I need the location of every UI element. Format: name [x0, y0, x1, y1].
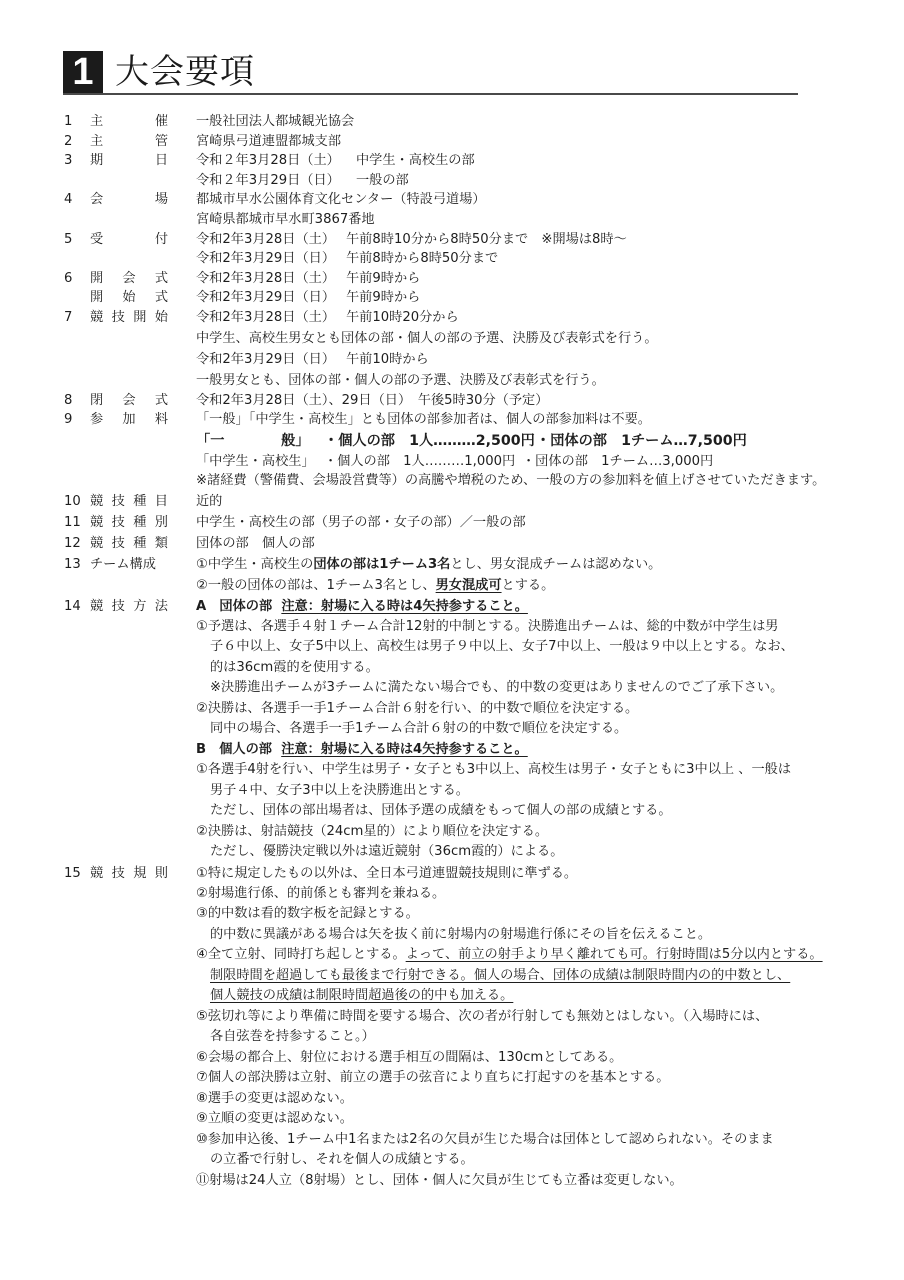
fee-student: 「中学生・高校生」・個人の部 1人………1,000円・団体の部 1チーム…3,0… — [0, 452, 904, 472]
item-value: 令和2年3月28日（土）、29日（日） 午後5時30分（予定） — [196, 391, 904, 411]
fee-note: ※諸経費（警備費、会場設営費等）の高騰や増税のため、一般の方の参加料を値上げさせ… — [0, 471, 904, 491]
item-reception-line2: 令和2年3月29日（日）午前8時から8時50分まで — [0, 249, 904, 269]
item-value: 令和2年3月29日（日）午前8時から8時50分まで — [196, 249, 904, 269]
item-closing-ceremony: 8 閉会式 令和2年3月28日（土）、29日（日） 午後5時30分（予定） — [0, 391, 904, 411]
item-label: 競技規則 — [90, 863, 168, 884]
fee-note-text: ※諸経費（警備費、会場設営費等）の高騰や増税のため、一般の方の参加料を値上げさせ… — [196, 471, 904, 491]
item-number: 12 — [0, 533, 90, 554]
fee-general: 「一 般」・個人の部 1人………2,500円・団体の部 1チーム…7,500円 — [0, 430, 904, 452]
item-value: 中学生・高校生の部（男子の部・女子の部）／一般の部 — [196, 512, 904, 533]
item-reception: 5 受付 令和2年3月28日（土）午前8時10分から8時50分まで ※開場は8時… — [0, 230, 904, 250]
heading-underline — [63, 93, 798, 95]
rule-4-line3: 個人競技の成績は制限時間超過後の的中も加える。 — [0, 986, 904, 1007]
item-venue: 4 会場 都城市早水公園体育文化センター（特設弓道場） — [0, 190, 904, 210]
team-section-heading: A 団体の部 注意：射場に入る時は4矢持参すること。 — [196, 596, 904, 617]
item-management: 2 主管 宮崎県弓道連盟都城支部 — [0, 132, 904, 152]
item-number: 3 — [0, 151, 90, 171]
item-label: 主管 — [90, 132, 168, 152]
rule-1: ①特に規定したもの以外は、全日本弓道連盟競技規則に準ずる。 — [196, 863, 904, 884]
item-label: 閉会式 — [90, 391, 168, 411]
rule-5-line1: ⑤弦切れ等により準備に時間を要する場合、次の者が行射しても無効とはしない。（入場… — [0, 1007, 904, 1028]
item-competition-rules: 15 競技規則 ①特に規定したもの以外は、全日本弓道連盟競技規則に準ずる。 — [0, 863, 904, 884]
fee-general-value: 「一 般」・個人の部 1人………2,500円・団体の部 1チーム…7,500円 — [196, 430, 904, 452]
item-number: 13 — [0, 554, 90, 575]
section-title: 大会要項 — [115, 51, 255, 93]
item-organizer: 1 主催 一般社団法人都城観光協会 — [0, 112, 904, 132]
item-value: 団体の部 個人の部 — [196, 533, 904, 554]
item-competition-start-line4: 一般男女とも、団体の部・個人の部の予選、決勝及び表彰式を行う。 — [0, 370, 904, 391]
method-b2-line1: ②決勝は、射詰競技（24cm星的）により順位を決定する。 — [0, 822, 904, 843]
item-value: 令和２年3月28日（土）中学生・高校生の部 — [196, 151, 904, 171]
item-number: 4 — [0, 190, 90, 210]
item-number: 15 — [0, 863, 90, 884]
item-value: 令和2年3月28日（土）午前10時20分から — [196, 308, 904, 328]
item-dates: 3 期日 令和２年3月28日（土）中学生・高校生の部 — [0, 151, 904, 171]
section-heading: 1 大会要項 — [63, 49, 255, 93]
method-a1-line3: 的は36cm霞的を使用する。 — [0, 658, 904, 679]
item-value: 令和2年3月29日（日）午前9時から — [196, 288, 904, 308]
method-a2-line1: ②決勝は、各選手一手1チーム合計６射を行い、的中数で順位を決定する。 — [0, 699, 904, 720]
item-value: 「一般」「中学生・高校生」とも団体の部参加者は、個人の部参加料は不要。 — [196, 410, 904, 430]
item-value: ②一般の団体の部は、1チーム3名とし、男女混成可とする。 — [196, 575, 904, 596]
item-dates-line2: 令和２年3月29日（日）一般の部 — [0, 171, 904, 191]
item-number: 11 — [0, 512, 90, 533]
method-a1-note: ※決勝進出チームが3チームに満たない場合でも、的中数の変更はありませんのでご了承… — [0, 678, 904, 699]
item-number: 10 — [0, 492, 90, 512]
method-b1-line1: ①各選手4射を行い、中学生は男子・女子とも3中以上、高校生は男子・女子ともに3中… — [0, 760, 904, 781]
item-value: 令和2年3月28日（土）午前8時10分から8時50分まで ※開場は8時～ — [196, 230, 904, 250]
rule-4-line1: ④全て立射、同時打ち起しとする。よって、前立の射手より早く離れても可。行射時間は… — [0, 945, 904, 966]
item-label: 参加料 — [90, 410, 168, 430]
item-label: 開始式 — [90, 288, 168, 308]
rule-4-line2: 制限時間を超過しても最後まで行射できる。個人の場合、団体の成績は制限時間内の的中… — [0, 966, 904, 987]
item-label: 期日 — [90, 151, 168, 171]
item-label: 会場 — [90, 190, 168, 210]
item-value: 近的 — [196, 492, 904, 512]
item-start-ceremony: 開始式 令和2年3月29日（日）午前9時から — [0, 288, 904, 308]
item-team-composition: 13 チーム構成 ①中学生・高校生の団体の部は1チーム3名とし、男女混成チームは… — [0, 554, 904, 575]
item-label: 受付 — [90, 230, 168, 250]
item-number: 6 — [0, 269, 90, 289]
method-a2-line2: 同中の場合、各選手一手1チーム合計６射の的中数で順位を決定する。 — [0, 719, 904, 740]
item-number: 9 — [0, 410, 90, 430]
item-number: 7 — [0, 308, 90, 328]
item-competition-start-line3: 令和2年3月29日（日）午前10時から — [0, 349, 904, 370]
item-opening-ceremony: 6 開会式 令和2年3月28日（土）午前9時から — [0, 269, 904, 289]
item-event: 10 競技種目 近的 — [0, 492, 904, 512]
rule-2: ②射場進行係、的前係とも審判を兼ねる。 — [0, 884, 904, 905]
item-number: 14 — [0, 596, 90, 617]
item-competition-start-line2: 中学生、高校生男女とも団体の部・個人の部の予選、決勝及び表彰式を行う。 — [0, 328, 904, 349]
rule-11: ⑪射場は24人立（8射場）とし、団体・個人に欠員が生じても立番は変更しない。 — [0, 1171, 904, 1192]
item-value: 一般社団法人都城観光協会 — [196, 112, 904, 132]
item-label: 開会式 — [90, 269, 168, 289]
item-competition-start: 7 競技開始 令和2年3月28日（土）午前10時20分から — [0, 308, 904, 328]
item-venue-address: 宮崎県都城市早水町3867番地 — [0, 210, 904, 230]
method-a1-line2: 子６中以上、女子5中以上、高校生は男子９中以上、女子7中以上、一般は９中以上とす… — [0, 637, 904, 658]
item-value: ①中学生・高校生の団体の部は1チーム3名とし、男女混成チームは認めない。 — [196, 554, 904, 575]
rule-5-line2: 各自弦巻を持参すること。） — [0, 1027, 904, 1048]
item-entry-fee: 9 参加料 「一般」「中学生・高校生」とも団体の部参加者は、個人の部参加料は不要… — [0, 410, 904, 430]
item-label: チーム構成 — [90, 554, 168, 575]
item-type: 12 競技種類 団体の部 個人の部 — [0, 533, 904, 554]
rule-10-line2: の立番で行射し、それを個人の成績とする。 — [0, 1150, 904, 1171]
item-value: 一般男女とも、団体の部・個人の部の予選、決勝及び表彰式を行う。 — [196, 370, 904, 391]
individual-section-heading: B 個人の部 注意：射場に入る時は4矢持参すること。 — [0, 740, 904, 761]
item-value: 都城市早水公園体育文化センター（特設弓道場） — [196, 190, 904, 210]
method-b2-line2: ただし、優勝決定戦以外は遠近競射（36cm霞的）による。 — [0, 842, 904, 863]
item-label: 競技方法 — [90, 596, 168, 617]
fee-student-value: 「中学生・高校生」・個人の部 1人………1,000円・団体の部 1チーム…3,0… — [196, 452, 904, 472]
item-number: 8 — [0, 391, 90, 411]
rule-3: ③的中数は看的数字板を記録とする。 — [0, 904, 904, 925]
item-value: 宮崎県都城市早水町3867番地 — [196, 210, 904, 230]
method-b1-line2: 男子４中、女子3中以上を決勝進出とする。 — [0, 781, 904, 802]
item-value: 令和2年3月28日（土）午前9時から — [196, 269, 904, 289]
item-number: 1 — [0, 112, 90, 132]
rule-10-line1: ⑩参加申込後、1チーム中1名または2名の欠員が生じた場合は団体として認められない… — [0, 1130, 904, 1151]
method-b1-line3: ただし、団体の部出場者は、団体予選の成績をもって個人の部の成績とする。 — [0, 801, 904, 822]
section-number-badge: 1 — [63, 51, 103, 93]
item-category: 11 競技種別 中学生・高校生の部（男子の部・女子の部）／一般の部 — [0, 512, 904, 533]
item-number: 5 — [0, 230, 90, 250]
outline-list: 1 主催 一般社団法人都城観光協会 2 主管 宮崎県弓道連盟都城支部 3 期日 … — [0, 112, 904, 1191]
item-label: 競技開始 — [90, 308, 168, 328]
item-label: 競技種目 — [90, 492, 168, 512]
item-label: 競技種類 — [90, 533, 168, 554]
rule-3-note: 的中数に異議がある場合は矢を抜く前に射場内の射場進行係にその旨を伝えること。 — [0, 925, 904, 946]
item-value: 宮崎県弓道連盟都城支部 — [196, 132, 904, 152]
item-value: 令和２年3月29日（日）一般の部 — [196, 171, 904, 191]
rule-8: ⑧選手の変更は認めない。 — [0, 1089, 904, 1110]
rule-6: ⑥会場の都合上、射位における選手相互の間隔は、130cmとしてある。 — [0, 1048, 904, 1069]
item-label: 主催 — [90, 112, 168, 132]
item-label: 競技種別 — [90, 512, 168, 533]
item-number: 2 — [0, 132, 90, 152]
item-value: 令和2年3月29日（日）午前10時から — [196, 349, 904, 370]
rule-7: ⑦個人の部決勝は立射、前立の選手の弦音により直ちに打起すのを基本とする。 — [0, 1068, 904, 1089]
rule-9: ⑨立順の変更は認めない。 — [0, 1109, 904, 1130]
item-competition-method: 14 競技方法 A 団体の部 注意：射場に入る時は4矢持参すること。 — [0, 596, 904, 617]
item-team-composition-line2: ②一般の団体の部は、1チーム3名とし、男女混成可とする。 — [0, 575, 904, 596]
item-value: 中学生、高校生男女とも団体の部・個人の部の予選、決勝及び表彰式を行う。 — [196, 328, 904, 349]
method-a1-line1: ①予選は、各選手４射１チーム合計12射的中制とする。決勝進出チームは、総的中数が… — [0, 617, 904, 638]
